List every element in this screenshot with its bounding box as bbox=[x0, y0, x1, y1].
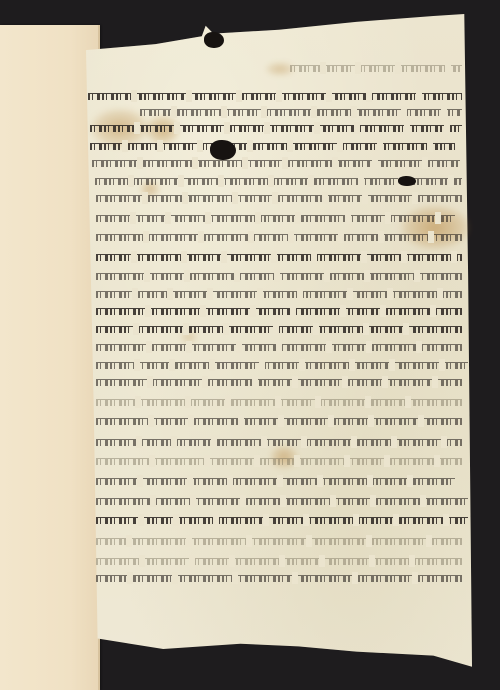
word-gap bbox=[404, 122, 410, 134]
handwritten-line bbox=[96, 231, 462, 243]
word-gap bbox=[261, 106, 267, 118]
word-gap bbox=[211, 436, 217, 448]
word-gap bbox=[234, 270, 240, 282]
word-gap bbox=[342, 376, 348, 388]
handwritten-line bbox=[96, 555, 462, 567]
word-gap bbox=[444, 122, 450, 134]
handwritten-line bbox=[96, 359, 468, 371]
word-gap bbox=[250, 305, 256, 317]
word-gap bbox=[134, 122, 140, 134]
word-gap bbox=[405, 396, 411, 408]
word-gap bbox=[337, 140, 343, 152]
word-gap bbox=[257, 288, 263, 300]
handwritten-line bbox=[92, 157, 460, 169]
word-gap bbox=[149, 455, 155, 467]
word-gap bbox=[344, 455, 350, 467]
word-gap bbox=[197, 140, 203, 152]
word-gap bbox=[229, 555, 235, 567]
word-gap bbox=[276, 341, 282, 353]
word-gap bbox=[311, 106, 317, 118]
word-gap bbox=[259, 359, 265, 371]
word-gap bbox=[131, 90, 137, 102]
word-gap bbox=[384, 455, 390, 467]
word-gap bbox=[387, 288, 393, 300]
word-gap bbox=[393, 514, 399, 526]
word-gap bbox=[430, 305, 436, 317]
word-gap bbox=[290, 305, 296, 317]
word-gap bbox=[200, 305, 206, 317]
word-gap bbox=[135, 396, 141, 408]
ink-stroke bbox=[290, 65, 462, 72]
word-gap bbox=[412, 572, 418, 584]
word-gap bbox=[221, 106, 227, 118]
word-gap bbox=[272, 192, 278, 204]
word-gap bbox=[407, 475, 413, 487]
word-gap bbox=[247, 140, 253, 152]
handwritten-line bbox=[90, 122, 462, 134]
word-gap bbox=[277, 475, 283, 487]
ink-stroke bbox=[96, 538, 462, 545]
word-gap bbox=[443, 514, 449, 526]
word-gap bbox=[349, 359, 355, 371]
word-gap bbox=[184, 270, 190, 282]
word-gap bbox=[427, 140, 433, 152]
word-gap bbox=[252, 376, 258, 388]
word-gap bbox=[189, 555, 195, 567]
word-gap bbox=[401, 251, 407, 263]
word-gap bbox=[451, 251, 457, 263]
word-gap bbox=[280, 495, 286, 507]
word-gap bbox=[242, 157, 248, 169]
word-gap bbox=[165, 212, 171, 224]
word-gap bbox=[435, 212, 441, 224]
handwritten-line bbox=[96, 436, 462, 448]
word-gap bbox=[311, 251, 317, 263]
word-gap bbox=[292, 572, 298, 584]
word-gap bbox=[146, 341, 152, 353]
word-gap bbox=[131, 251, 137, 263]
paper-mount bbox=[0, 25, 100, 690]
word-gap bbox=[324, 270, 330, 282]
word-gap bbox=[202, 376, 208, 388]
word-gap bbox=[130, 212, 136, 224]
handwritten-line bbox=[96, 192, 462, 204]
word-gap bbox=[138, 514, 144, 526]
word-gap bbox=[276, 90, 282, 102]
word-gap bbox=[133, 323, 139, 335]
word-gap bbox=[218, 175, 224, 187]
handwritten-line bbox=[96, 535, 462, 547]
word-gap bbox=[366, 535, 372, 547]
ink-stroke bbox=[96, 254, 462, 261]
word-gap bbox=[326, 90, 332, 102]
ink-stroke bbox=[96, 234, 462, 241]
word-gap bbox=[352, 572, 358, 584]
word-gap bbox=[445, 62, 451, 74]
word-gap bbox=[322, 192, 328, 204]
word-gap bbox=[178, 175, 184, 187]
word-gap bbox=[169, 359, 175, 371]
word-gap bbox=[365, 396, 371, 408]
word-gap bbox=[173, 514, 179, 526]
word-gap bbox=[428, 231, 434, 243]
word-gap bbox=[182, 192, 188, 204]
word-gap bbox=[263, 514, 269, 526]
word-gap bbox=[192, 157, 198, 169]
word-gap bbox=[378, 231, 384, 243]
word-gap bbox=[172, 572, 178, 584]
word-gap bbox=[338, 231, 344, 243]
word-gap bbox=[246, 535, 252, 547]
ink-stroke bbox=[90, 143, 455, 150]
word-gap bbox=[358, 175, 364, 187]
word-gap bbox=[355, 62, 361, 74]
word-gap bbox=[255, 212, 261, 224]
word-gap bbox=[275, 396, 281, 408]
word-gap bbox=[345, 212, 351, 224]
word-gap bbox=[363, 323, 369, 335]
word-gap bbox=[188, 415, 194, 427]
word-gap bbox=[147, 376, 153, 388]
word-gap bbox=[271, 251, 277, 263]
word-gap bbox=[330, 495, 336, 507]
word-gap bbox=[186, 90, 192, 102]
word-gap bbox=[347, 288, 353, 300]
word-gap bbox=[157, 140, 163, 152]
word-gap bbox=[287, 140, 293, 152]
handwritten-line bbox=[96, 514, 468, 526]
ink-stroke bbox=[88, 93, 462, 100]
word-gap bbox=[351, 106, 357, 118]
word-gap bbox=[416, 90, 422, 102]
word-gap bbox=[366, 341, 372, 353]
word-gap bbox=[148, 415, 154, 427]
handwritten-line bbox=[96, 415, 462, 427]
word-gap bbox=[132, 288, 138, 300]
word-gap bbox=[354, 122, 360, 134]
ink-stroke bbox=[96, 195, 462, 202]
word-gap bbox=[224, 122, 230, 134]
word-gap bbox=[315, 396, 321, 408]
word-gap bbox=[292, 376, 298, 388]
word-gap bbox=[294, 455, 300, 467]
word-gap bbox=[223, 323, 229, 335]
word-gap bbox=[401, 106, 407, 118]
word-gap bbox=[171, 106, 177, 118]
word-gap bbox=[145, 305, 151, 317]
ink-blot bbox=[210, 140, 236, 160]
handwritten-line bbox=[90, 140, 455, 152]
word-gap bbox=[225, 396, 231, 408]
word-gap bbox=[139, 555, 145, 567]
word-gap bbox=[328, 415, 334, 427]
word-gap bbox=[319, 555, 325, 567]
word-gap bbox=[186, 535, 192, 547]
word-gap bbox=[320, 62, 326, 74]
word-gap bbox=[326, 341, 332, 353]
word-gap bbox=[370, 495, 376, 507]
word-gap bbox=[128, 175, 134, 187]
word-gap bbox=[434, 455, 440, 467]
word-gap bbox=[171, 436, 177, 448]
word-gap bbox=[340, 305, 346, 317]
ink-stroke bbox=[92, 160, 460, 167]
ink-stroke bbox=[96, 575, 462, 582]
word-gap bbox=[122, 140, 128, 152]
word-gap bbox=[240, 495, 246, 507]
ink-stroke bbox=[140, 109, 462, 116]
word-gap bbox=[420, 495, 426, 507]
word-gap bbox=[403, 323, 409, 335]
handwritten-line bbox=[96, 455, 462, 467]
word-gap bbox=[282, 157, 288, 169]
word-gap bbox=[353, 514, 359, 526]
word-gap bbox=[364, 270, 370, 282]
ink-blot bbox=[398, 176, 416, 186]
handwritten-line bbox=[96, 376, 462, 388]
word-gap bbox=[273, 323, 279, 335]
word-gap bbox=[236, 341, 242, 353]
word-gap bbox=[150, 495, 156, 507]
ink-stroke bbox=[96, 215, 455, 222]
word-gap bbox=[416, 341, 422, 353]
word-gap bbox=[437, 288, 443, 300]
word-gap bbox=[366, 90, 372, 102]
word-gap bbox=[144, 270, 150, 282]
word-gap bbox=[143, 231, 149, 243]
handwritten-line bbox=[96, 288, 462, 300]
word-gap bbox=[236, 90, 242, 102]
word-gap bbox=[426, 535, 432, 547]
word-gap bbox=[274, 270, 280, 282]
word-gap bbox=[167, 288, 173, 300]
handwritten-line bbox=[96, 341, 462, 353]
word-gap bbox=[441, 106, 447, 118]
word-gap bbox=[412, 192, 418, 204]
handwritten-line bbox=[96, 495, 468, 507]
word-gap bbox=[279, 555, 285, 567]
handwritten-line bbox=[140, 106, 462, 118]
word-gap bbox=[391, 436, 397, 448]
word-gap bbox=[369, 555, 375, 567]
word-gap bbox=[187, 475, 193, 487]
word-gap bbox=[205, 212, 211, 224]
ink-stroke bbox=[96, 362, 468, 369]
handwritten-line bbox=[96, 251, 462, 263]
word-gap bbox=[439, 359, 445, 371]
word-gap bbox=[295, 212, 301, 224]
word-gap bbox=[303, 514, 309, 526]
word-gap bbox=[368, 415, 374, 427]
word-gap bbox=[389, 359, 395, 371]
handwritten-line bbox=[96, 323, 462, 335]
word-gap bbox=[278, 415, 284, 427]
handwritten-line bbox=[96, 270, 462, 282]
word-gap bbox=[254, 455, 260, 467]
handwritten-line bbox=[88, 90, 462, 102]
word-gap bbox=[183, 323, 189, 335]
ink-blot bbox=[204, 32, 224, 48]
word-gap bbox=[361, 251, 367, 263]
word-gap bbox=[288, 231, 294, 243]
word-gap bbox=[136, 436, 142, 448]
ink-stroke bbox=[96, 517, 468, 524]
word-gap bbox=[385, 212, 391, 224]
word-gap bbox=[190, 495, 196, 507]
word-gap bbox=[380, 305, 386, 317]
word-gap bbox=[313, 323, 319, 335]
word-gap bbox=[186, 341, 192, 353]
handwritten-line bbox=[290, 62, 462, 74]
word-gap bbox=[351, 436, 357, 448]
word-gap bbox=[248, 231, 254, 243]
word-gap bbox=[301, 436, 307, 448]
handwritten-line bbox=[96, 572, 462, 584]
word-gap bbox=[142, 192, 148, 204]
word-gap bbox=[264, 122, 270, 134]
word-gap bbox=[232, 572, 238, 584]
word-gap bbox=[306, 535, 312, 547]
word-gap bbox=[317, 475, 323, 487]
word-gap bbox=[134, 359, 140, 371]
word-gap bbox=[137, 157, 143, 169]
word-gap bbox=[448, 175, 454, 187]
word-gap bbox=[332, 157, 338, 169]
handwritten-line bbox=[96, 212, 455, 224]
word-gap bbox=[382, 376, 388, 388]
word-gap bbox=[308, 175, 314, 187]
ink-stroke bbox=[96, 291, 462, 298]
handwritten-line bbox=[96, 475, 455, 487]
word-gap bbox=[314, 122, 320, 134]
word-gap bbox=[221, 251, 227, 263]
word-gap bbox=[441, 436, 447, 448]
word-gap bbox=[209, 359, 215, 371]
word-gap bbox=[432, 376, 438, 388]
ink-stroke bbox=[96, 439, 462, 446]
word-gap bbox=[422, 157, 428, 169]
word-gap bbox=[268, 175, 274, 187]
word-gap bbox=[367, 475, 373, 487]
word-gap bbox=[227, 475, 233, 487]
word-gap bbox=[418, 415, 424, 427]
word-gap bbox=[299, 359, 305, 371]
word-gap bbox=[297, 288, 303, 300]
word-gap bbox=[409, 555, 415, 567]
word-gap bbox=[232, 192, 238, 204]
word-gap bbox=[126, 535, 132, 547]
ink-stroke bbox=[96, 478, 455, 485]
word-gap bbox=[127, 572, 133, 584]
word-gap bbox=[377, 140, 383, 152]
word-gap bbox=[207, 288, 213, 300]
word-gap bbox=[395, 62, 401, 74]
word-gap bbox=[372, 157, 378, 169]
word-gap bbox=[185, 396, 191, 408]
word-gap bbox=[198, 231, 204, 243]
word-gap bbox=[414, 270, 420, 282]
handwritten-line bbox=[96, 396, 462, 408]
word-gap bbox=[261, 436, 267, 448]
word-gap bbox=[362, 192, 368, 204]
word-gap bbox=[213, 514, 219, 526]
word-gap bbox=[137, 475, 143, 487]
word-gap bbox=[174, 122, 180, 134]
handwritten-line bbox=[96, 305, 462, 317]
word-gap bbox=[181, 251, 187, 263]
word-gap bbox=[204, 455, 210, 467]
word-gap bbox=[238, 415, 244, 427]
